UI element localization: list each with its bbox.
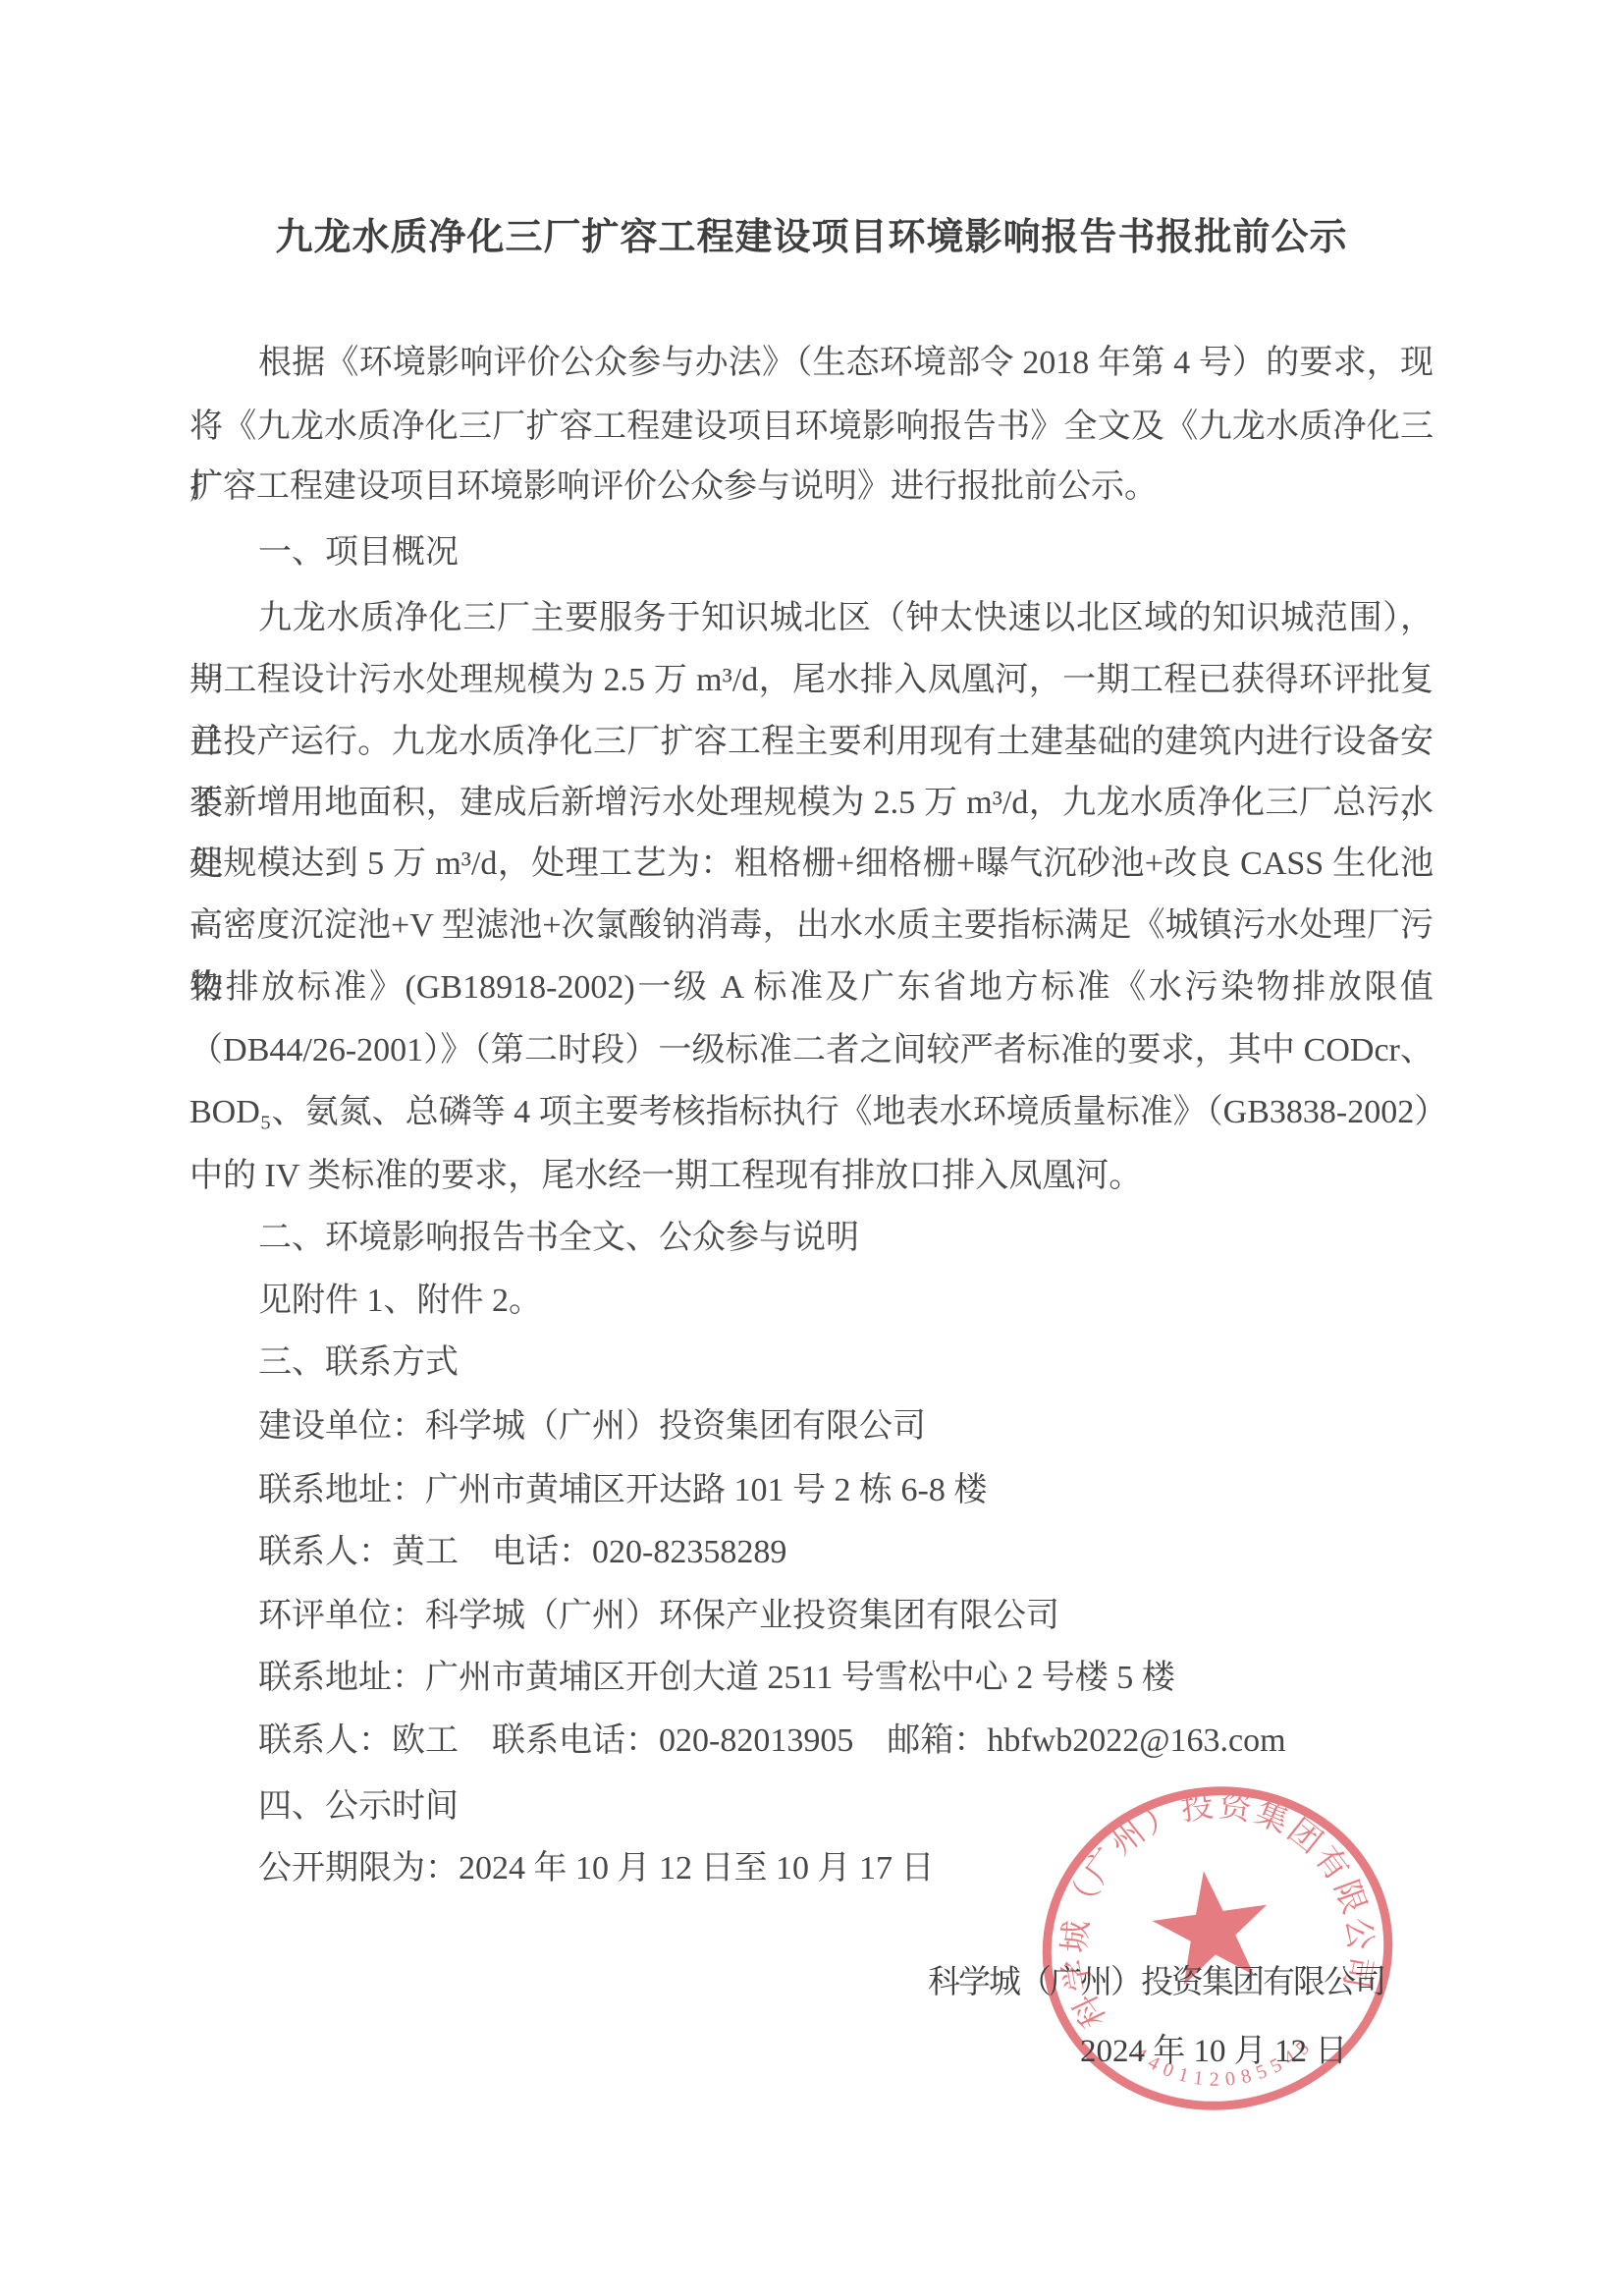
- heading-project-overview: 一、项目概况: [189, 521, 1434, 583]
- heading-public-notice-period: 四、公示时间: [189, 1776, 1434, 1837]
- eia-address-line: 联系地址：广州市黄埔区开创大道 2511 号雪松中心 2 号楼 5 楼: [189, 1647, 1434, 1709]
- paragraph-overview-line: 物排放标准》(GB18918-2002)一级 A 标准及广东省地方标准《水污染物…: [189, 957, 1434, 1018]
- paragraph-overview-line: 中的 IV 类标准的要求，尾水经一期工程现有排放口排入凤凰河。: [189, 1145, 1434, 1207]
- paragraph-intro-line: 将《九龙水质净化三厂扩容工程建设项目环境影响报告书》全文及《九龙水质净化三厂: [189, 396, 1434, 458]
- eia-contact-line: 联系人：欧工 联系电话：020-82013905 邮箱：hbfwb2022@16…: [189, 1710, 1434, 1772]
- document-page: 九龙水质净化三厂扩容工程建设项目环境影响报告书报批前公示 根据《环境影响评价公众…: [0, 0, 1623, 2296]
- notice-period-line: 公开期限为：2024 年 10 月 12 日至 10 月 17 日: [189, 1837, 1434, 1899]
- construction-unit-line: 建设单位：科学城（广州）投资集团有限公司: [189, 1395, 1434, 1457]
- construction-address-line: 联系地址：广州市黄埔区开达路 101 号 2 栋 6-8 楼: [189, 1459, 1434, 1521]
- paragraph-overview-line: 期工程设计污水处理规模为 2.5 万 m³/d，尾水排入凤凰河，一期工程已获得环…: [189, 649, 1434, 711]
- document-title: 九龙水质净化三厂扩容工程建设项目环境影响报告书报批前公示: [189, 206, 1434, 260]
- signature-company-name: 科学城（广州）投资集团有限公司: [928, 1952, 1384, 2014]
- paragraph-overview-line: 理规模达到 5 万 m³/d，处理工艺为：粗格栅+细格栅+曝气沉砂池+改良 CA…: [189, 833, 1434, 895]
- paragraph-intro-line: 扩容工程建设项目环境影响评价公众参与说明》进行报批前公示。: [189, 456, 1434, 518]
- paragraph-overview-line: 高密度沉淀池+V 型滤池+次氯酸钠消毒，出水水质主要指标满足《城镇污水处理厂污染: [189, 895, 1434, 957]
- paragraph-overview-line: 已投产运行。九龙水质净化三厂扩容工程主要利用现有土建基础的建筑内进行设备安装，: [189, 711, 1434, 773]
- paragraph-overview-line: 九龙水质净化三厂主要服务于知识城北区（钟太快速以北区域的知识城范围），一: [189, 587, 1434, 649]
- paragraph-overview-line: BOD₅、氨氮、总磷等 4 项主要考核指标执行《地表水环境质量标准》（GB383…: [189, 1081, 1434, 1143]
- paragraph-overview-line: （DB44/26-2001）》（第二时段）一级标准二者之间较严者标准的要求，其中…: [189, 1019, 1434, 1081]
- eia-unit-line: 环评单位：科学城（广州）环保产业投资集团有限公司: [189, 1585, 1434, 1647]
- signature-date: 2024 年 10 月 12 日: [1080, 2021, 1347, 2083]
- construction-contact-line: 联系人：黄工 电话：020-82358289: [189, 1521, 1434, 1583]
- paragraph-overview-line: 不新增用地面积，建成后新增污水处理规模为 2.5 万 m³/d，九龙水质净化三厂…: [189, 772, 1434, 834]
- attachments-line: 见附件 1、附件 2。: [189, 1270, 1434, 1332]
- heading-report-fulltext: 二、环境影响报告书全文、公众参与说明: [189, 1207, 1434, 1269]
- heading-contact-info: 三、联系方式: [189, 1332, 1434, 1394]
- paragraph-intro-line: 根据《环境影响评价公众参与办法》（生态环境部令 2018 年第 4 号）的要求，…: [189, 332, 1434, 394]
